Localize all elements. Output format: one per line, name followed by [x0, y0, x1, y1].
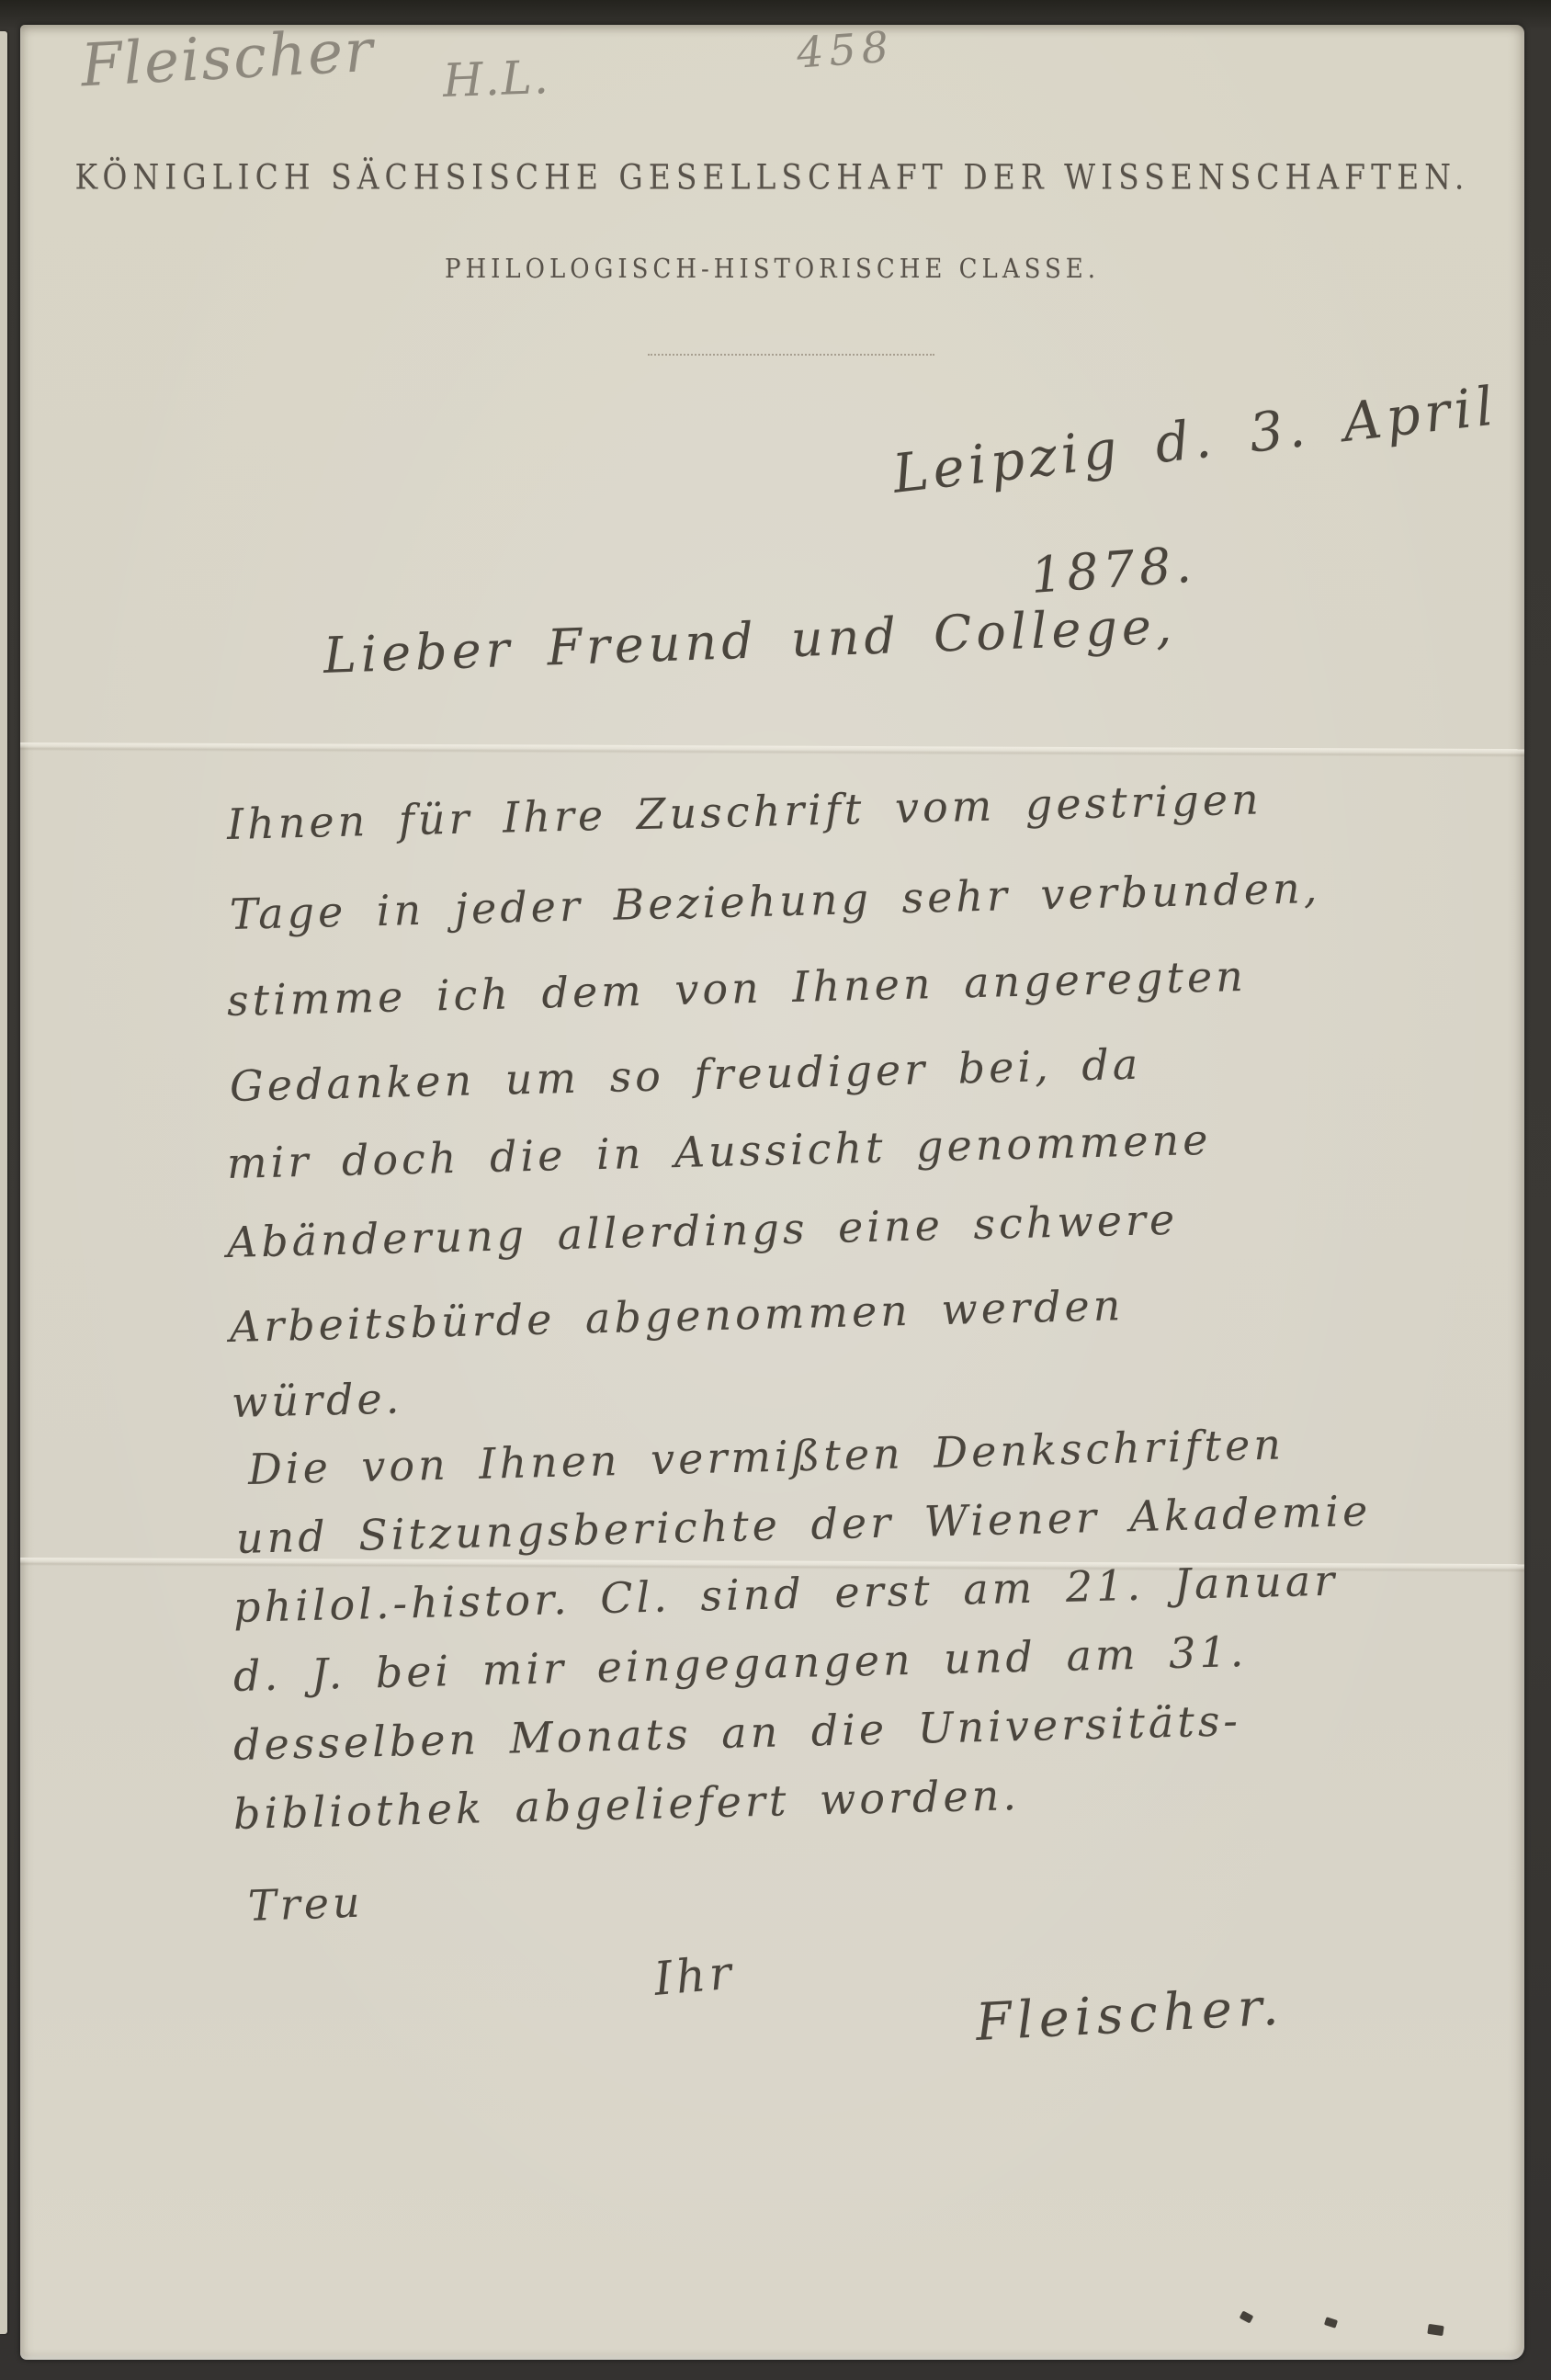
- body-line: desselben Monats an die Universitäts-: [232, 1695, 1241, 1770]
- body-line: Tage in jeder Beziehung sehr verbunden,: [229, 863, 1321, 939]
- body-line: Abänderung allerdings eine schwere: [226, 1195, 1178, 1267]
- body-line: Ihnen für Ihre Zuschrift vom gestrigen: [226, 774, 1262, 849]
- letterhead-society-name: KÖNIGLICH SÄCHSISCHE GESELLSCHAFT DER WI…: [20, 157, 1524, 198]
- body-line: mir doch die in Aussicht genommene: [226, 1115, 1212, 1188]
- dateline-place-date: Leipzig d. 3. April: [889, 374, 1500, 504]
- body-line: und Sitzungsberichte der Wiener Akademie: [235, 1486, 1371, 1563]
- scanned-letter-page: Fleischer H.L. 458 KÖNIGLICH SÄCHSISCHE …: [0, 0, 1551, 2380]
- fold-crease-upper: [20, 742, 1524, 757]
- body-line: Gedanken um so freudiger bei, da: [229, 1039, 1141, 1111]
- adjacent-page-edge: [0, 31, 7, 2334]
- body-line: Arbeitsbürde abgenommen werden: [229, 1280, 1125, 1352]
- pencil-page-number: 458: [795, 21, 895, 77]
- body-line: würde.: [231, 1373, 403, 1427]
- salutation: Lieber Freund und College,: [323, 597, 1177, 685]
- body-line: philol.-histor. Cl. sind erst am 21. Jan…: [232, 1556, 1338, 1632]
- ink-mark: [1240, 2310, 1254, 2323]
- closing-pronoun: Ihr: [651, 1945, 737, 2005]
- body-line: Die von Ihnen vermißten Denkschriften: [247, 1419, 1285, 1494]
- letterhead-class-name: PHILOLOGISCH-HISTORISCHE CLASSE.: [20, 255, 1524, 285]
- ink-mark: [1427, 2324, 1443, 2336]
- body-line: stimme ich dem von Ihnen angeregten: [226, 951, 1247, 1026]
- letter-paper: Fleischer H.L. 458 KÖNIGLICH SÄCHSISCHE …: [20, 25, 1524, 2360]
- pencil-annotation-initials: H.L.: [442, 51, 551, 108]
- dateline-year: 1878.: [1029, 536, 1198, 605]
- signature: Fleischer.: [974, 1977, 1285, 2052]
- pencil-annotation-name: Fleischer: [79, 17, 376, 101]
- body-line: d. J. bei mir eingegangen und am 31.: [232, 1626, 1248, 1701]
- ink-mark: [1324, 2317, 1338, 2329]
- body-line: bibliothek abgeliefert worden.: [232, 1770, 1020, 1839]
- closing-word: Treu: [247, 1877, 364, 1931]
- letterhead-divider-rule: [648, 354, 934, 356]
